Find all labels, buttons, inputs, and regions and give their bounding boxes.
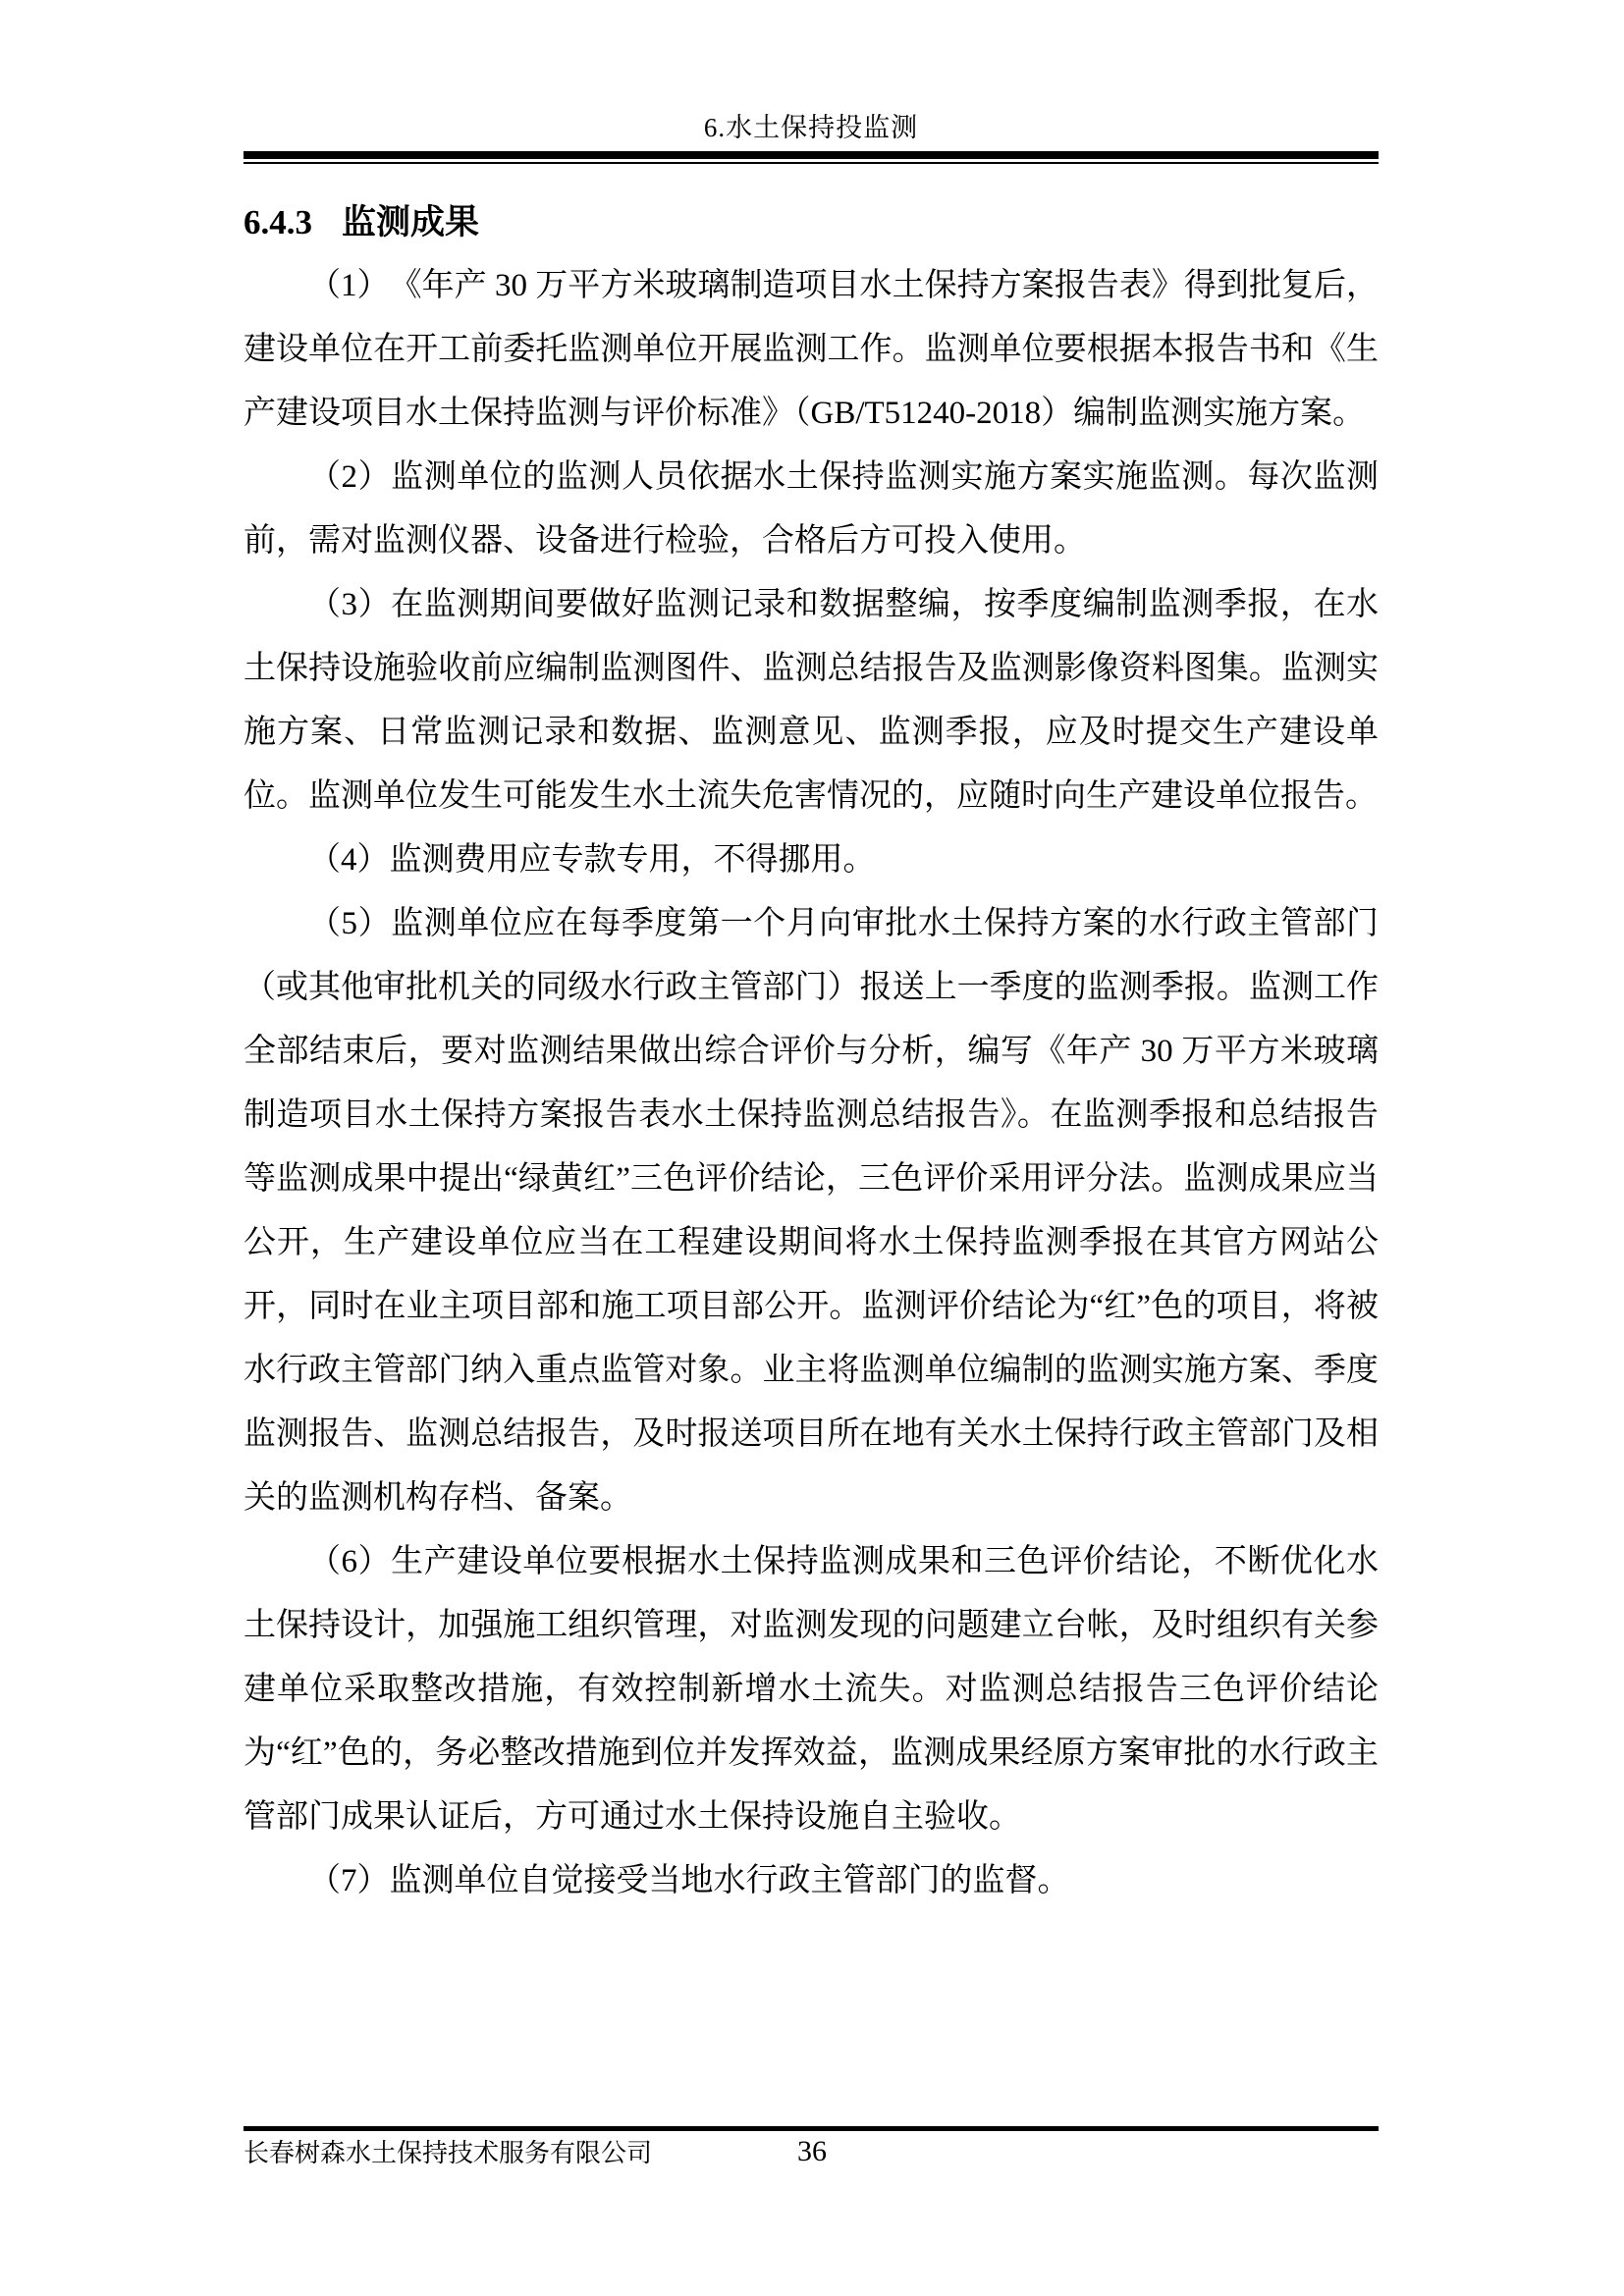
section-heading: 6.4.3监测成果 <box>244 190 1379 254</box>
page-number: 36 <box>0 2134 1624 2169</box>
footer-rule <box>244 2126 1379 2131</box>
body-paragraph: （1） 《年产 30 万平方米玻璃制造项目水土保持方案报告表》得到批复后，建设单… <box>244 254 1379 446</box>
body-paragraph: （4）监测费用应专款专用，不得挪用。 <box>244 828 1379 892</box>
document-body: 6.4.3监测成果 （1） 《年产 30 万平方米玻璃制造项目水土保持方案报告表… <box>244 190 1379 1913</box>
header-rule-thick <box>244 151 1379 159</box>
body-paragraph: （5）监测单位应在每季度第一个月向审批水土保持方案的水行政主管部门（或其他审批机… <box>244 892 1379 1530</box>
page-header-title: 6.水土保持投监测 <box>244 110 1379 145</box>
section-heading-number: 6.4.3 <box>244 203 312 241</box>
section-heading-title: 监测成果 <box>342 203 479 241</box>
body-paragraph: （2）监测单位的监测人员依据水土保持监测实施方案实施监测。每次监测前，需对监测仪… <box>244 446 1379 573</box>
body-paragraph: （7）监测单位自觉接受当地水行政主管部门的监督。 <box>244 1849 1379 1913</box>
header-rule-thin <box>244 162 1379 164</box>
body-paragraph: （3）在监测期间要做好监测记录和数据整编，按季度编制监测季报，在水土保持设施验收… <box>244 573 1379 828</box>
body-paragraph: （6）生产建设单位要根据水土保持监测成果和三色评价结论，不断优化水土保持设计，加… <box>244 1530 1379 1849</box>
document-page: 6.水土保持投监测 6.4.3监测成果 （1） 《年产 30 万平方米玻璃制造项… <box>0 0 1624 2296</box>
